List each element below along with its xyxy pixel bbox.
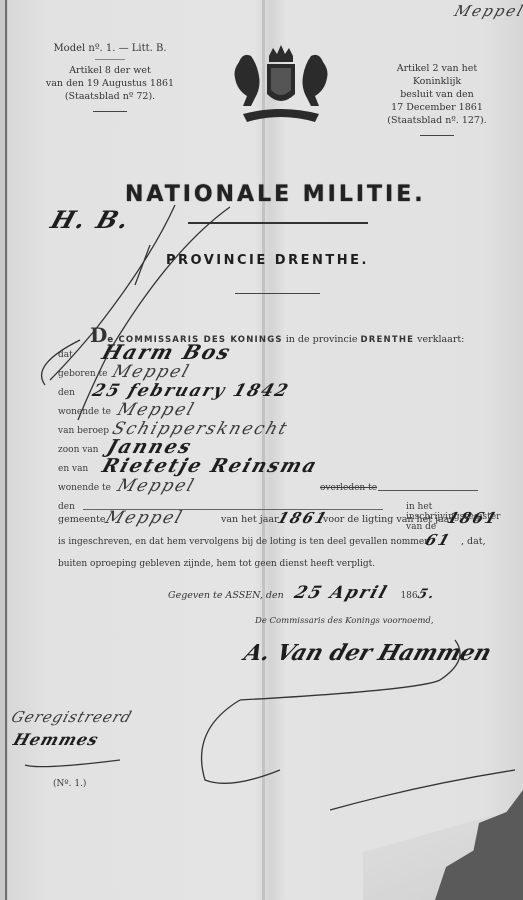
given-prefix: Gegeven te ASSEN, den <box>168 590 284 601</box>
declaration-end: verklaart: <box>414 334 464 345</box>
gemeente-value: Meppel <box>102 507 186 529</box>
decree-line: besluit van den <box>372 88 502 101</box>
registration-annotation-2: Hemmes <box>11 730 102 749</box>
registration-annotation-1: Geregistreerd <box>9 708 135 726</box>
law-staatsblad: (Staatsblad nº 72). <box>40 90 180 103</box>
field-value-birthplace: Meppel <box>110 362 193 382</box>
header-left: Model nº. 1. — Litt. B. Artikel 8 der we… <box>40 42 180 116</box>
law-date: van den 19 Augustus 1861 <box>40 77 180 90</box>
registration-line-1: gemeente Meppel van het jaar 1861 voor d… <box>58 509 498 531</box>
given-year-prefix: 186 <box>400 591 417 601</box>
exemption-text: buiten oproeping gebleven zijnde, hem to… <box>58 559 375 569</box>
province-subtitle: PROVINCIE DRENTHE. <box>166 253 369 268</box>
struck-text: overleden te <box>320 483 377 493</box>
corner-annotation: Meppel <box>452 2 523 20</box>
document-title: NATIONALE MILITIE. <box>125 182 426 207</box>
declaration-province: DRENTHE <box>361 335 415 345</box>
field-value-residence: Meppel <box>115 400 198 420</box>
declaration-mid: in de provincie <box>283 334 361 345</box>
field-row-parents-residence: wonende te Meppel overleden te <box>58 479 498 498</box>
title-divider <box>188 222 368 224</box>
field-label: dat <box>58 350 73 360</box>
decree-article: Artikel 2 van het Koninklijk <box>372 62 502 88</box>
field-label: den <box>58 388 75 398</box>
decree-date: 17 December 1861 <box>372 101 502 114</box>
law-article: Artikel 8 der wet <box>40 64 180 77</box>
form-fields: dat Harm Bos geboren te Meppel den 25 fe… <box>58 346 498 517</box>
field-value-name: Harm Bos <box>99 340 235 364</box>
divider <box>420 135 454 136</box>
given-year-suffix: 5. <box>415 587 437 602</box>
given-date: 25 April <box>292 583 391 603</box>
model-number: Model nº. 1. — Litt. B. <box>40 42 180 55</box>
ligting-label: voor de ligting van het jaar <box>323 509 454 531</box>
field-value-mother: Rietetje Reinsma <box>99 455 320 477</box>
registration-line-2: is ingeschreven, en dat hem vervolgens b… <box>58 531 498 553</box>
commissioner-signature: A. Van der Hammen <box>241 640 495 666</box>
lottery-end: , dat, <box>461 531 486 553</box>
field-label: en van <box>58 464 88 474</box>
divider <box>95 59 125 60</box>
field-value-birthdate: 25 february 1842 <box>90 381 292 401</box>
gemeente-label: gemeente <box>58 514 106 525</box>
ligting-value: 1861 <box>444 507 501 529</box>
lottery-text: is ingeschreven, en dat hem vervolgens b… <box>58 537 428 547</box>
registration-text: gemeente Meppel van het jaar 1861 voor d… <box>58 509 498 575</box>
year-label: van het jaar <box>221 509 279 531</box>
field-value-parents-residence: Meppel <box>115 476 198 496</box>
field-label: zoon van <box>58 445 98 455</box>
document-number: (Nº. 1.) <box>53 779 86 789</box>
subtitle-divider <box>235 293 320 294</box>
registration-line-3: buiten oproeping gebleven zijnde, hem to… <box>58 553 498 575</box>
coat-of-arms-icon <box>229 42 333 128</box>
field-label: wonende te <box>58 483 111 493</box>
signature-title: De Commissaris des Konings voornoemd, <box>255 616 434 626</box>
field-label: van beroep <box>58 426 109 436</box>
margin-annotation: H. B. <box>47 205 134 234</box>
lot-number: 61 <box>422 529 454 551</box>
field-label: wonende te <box>58 407 111 417</box>
page-edge <box>5 0 7 900</box>
given-line: Gegeven te ASSEN, den 25 April 1865. <box>168 583 435 603</box>
field-label: geboren te <box>58 369 108 379</box>
header-right: Artikel 2 van het Koninklijk besluit van… <box>372 62 502 140</box>
struck-line <box>378 490 478 491</box>
divider <box>93 111 127 112</box>
decree-staatsblad: (Staatsblad nº. 127). <box>372 114 502 127</box>
